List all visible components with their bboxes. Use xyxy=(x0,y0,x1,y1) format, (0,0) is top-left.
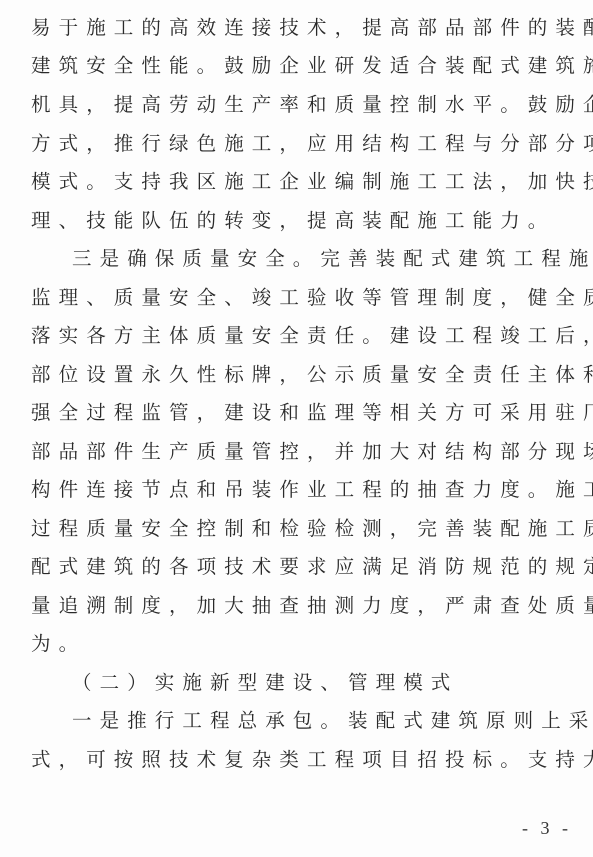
text-line-6: 理、技能队伍的转变，提高装配施工能力。 xyxy=(31,207,571,235)
text-line-2: 建筑安全性能。鼓励企业研发适合装配式建筑施工特点的设备和 xyxy=(31,52,571,80)
text-line-5: 模式。支持我区施工企业编制施工工法，加快技术工艺、组织管 xyxy=(31,168,571,196)
section-heading-new-models: （二）实施新型建设、管理模式 xyxy=(72,669,593,697)
text-line-13: 构件连接节点和吊装作业工程的抽查力度。施工企业要加强施工 xyxy=(31,476,571,504)
document-page: 易于施工的高效连接技术，提高部品部件的装配施工连接质量和 建筑安全性能。鼓励企业… xyxy=(0,0,593,857)
paragraph-heading-quality-safety: 三是确保质量安全。完善装配式建筑工程施工图审查、建设 xyxy=(72,245,593,273)
text-line-14: 过程质量安全控制和检验检测，完善装配施工质量保证体系。装 xyxy=(31,515,571,543)
paragraph-heading-epc: 一是推行工程总承包。装配式建筑原则上采用工程总承包模 xyxy=(72,707,593,735)
text-line-16: 量追溯制度，加大抽查抽测力度，严肃查处质量安全违法违规行 xyxy=(31,592,571,620)
text-line-12: 部品部件生产质量管控，并加大对结构部分现场浇筑环节、预制 xyxy=(31,438,571,466)
text-line-4: 方式，推行绿色施工，应用结构工程与分部分项工程协同施工新 xyxy=(31,130,571,158)
text-line-15: 配式建筑的各项技术要求应满足消防规范的规定。建立全过程质 xyxy=(31,553,571,581)
text-line-17: 为。 xyxy=(31,630,571,658)
text-line-10: 部位设置永久性标牌，公示质量安全责任主体和主要责任人。加 xyxy=(31,361,571,389)
text-line-8: 监理、质量安全、竣工验收等管理制度，健全质量安全责任体系， xyxy=(31,284,571,312)
page-number: - 3 - xyxy=(522,815,572,841)
text-line-9: 落实各方主体质量安全责任。建设工程竣工后，要在建筑物明显 xyxy=(31,322,571,350)
text-line-3: 机具，提高劳动生产率和质量控制水平。鼓励企业创新施工组织 xyxy=(31,91,571,119)
text-line-1: 易于施工的高效连接技术，提高部品部件的装配施工连接质量和 xyxy=(31,14,571,42)
text-line-20: 式，可按照技术复杂类工程项目招投标。支持大型设计、施工和 xyxy=(31,746,571,774)
text-line-11: 强全过程监管，建设和监理等相关方可采用驻厂监造等方式加强 xyxy=(31,399,571,427)
